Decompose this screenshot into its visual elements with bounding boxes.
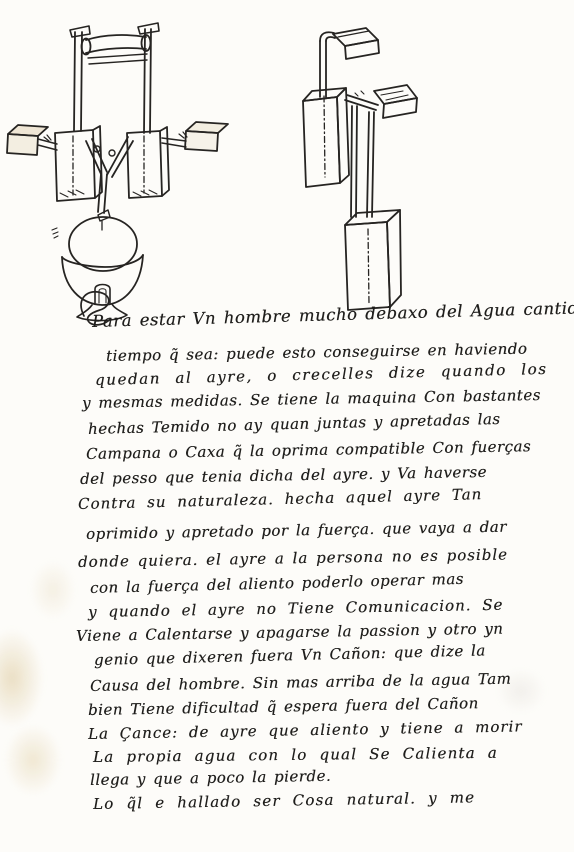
- manuscript-line-7: del pesso que tenia dicha del ayre. y Va…: [80, 465, 487, 487]
- manuscript-line-17: La Çance: de ayre que aliento y tiene a …: [88, 719, 523, 742]
- upper-tank: [303, 88, 349, 187]
- apparatus-diagrams: [0, 0, 574, 340]
- manuscript-line-14: genio que dixeren fuera Vn Cañon: que di…: [94, 643, 486, 668]
- left-tank: [55, 126, 102, 201]
- manuscript-line-13: Viene a Calentarse y apagarse la passion…: [76, 622, 504, 644]
- paper-stain: [4, 724, 62, 796]
- manuscript-line-19: llega y que a poco la pierde.: [90, 769, 331, 788]
- manuscript-line-11: con la fuerça del aliento poderlo operar…: [90, 572, 464, 596]
- right-outlet-box: [162, 122, 228, 151]
- manuscript-page: Para estar Vn hombre mucho debaxo del Ag…: [0, 0, 574, 852]
- paper-stain: [0, 628, 44, 728]
- manuscript-line-9: oprimido y apretado por la fuerça. que v…: [86, 520, 507, 542]
- tray-connector-pipe: [345, 91, 378, 110]
- manuscript-line-10: donde quiera. el ayre a la persona no es…: [78, 547, 508, 570]
- down-pipes: [351, 106, 374, 217]
- side-tray: [374, 85, 417, 118]
- manuscript-line-18: La propia agua con lo qual Se Calienta a: [93, 746, 498, 765]
- header-beam: [82, 35, 151, 64]
- margin-marks: [52, 228, 58, 238]
- manuscript-line-5: hechas Temido no ay quan juntas y apreta…: [88, 412, 501, 437]
- manuscript-line-20: Lo q̃l e hallado ser Cosa natural. y me: [93, 790, 475, 812]
- paper-stain: [30, 560, 76, 620]
- boiler-valve: [98, 210, 110, 221]
- manuscript-line-8: Contra su naturaleza. hecha aquel ayre T…: [78, 487, 483, 512]
- left-apparatus: [7, 23, 228, 325]
- manuscript-line-6: Campana o Caxa q̃ la oprima compatible C…: [86, 439, 531, 462]
- manuscript-line-12: y quando el ayre no Tiene Comunicacion. …: [88, 598, 504, 620]
- left-outlet-box: [7, 125, 57, 155]
- top-tray: [333, 28, 379, 59]
- manuscript-line-4: y mesmas medidas. Se tiene la maquina Co…: [82, 388, 541, 411]
- manuscript-line-16: bien Tiene dificultad q̃ espera fuera de…: [88, 696, 479, 718]
- manuscript-line-15: Causa del hombre. Sin mas arriba de la a…: [90, 672, 512, 694]
- lower-tank: [345, 210, 401, 310]
- manuscript-line-3: quedan al ayre, o crecelles dize quando …: [95, 362, 548, 388]
- feed-pipe: [320, 32, 335, 97]
- right-apparatus: [303, 28, 417, 310]
- manuscript-line-2: tiempo q̃ sea: puede esto conseguirse en…: [106, 342, 528, 364]
- boiler-sphere: [69, 217, 137, 271]
